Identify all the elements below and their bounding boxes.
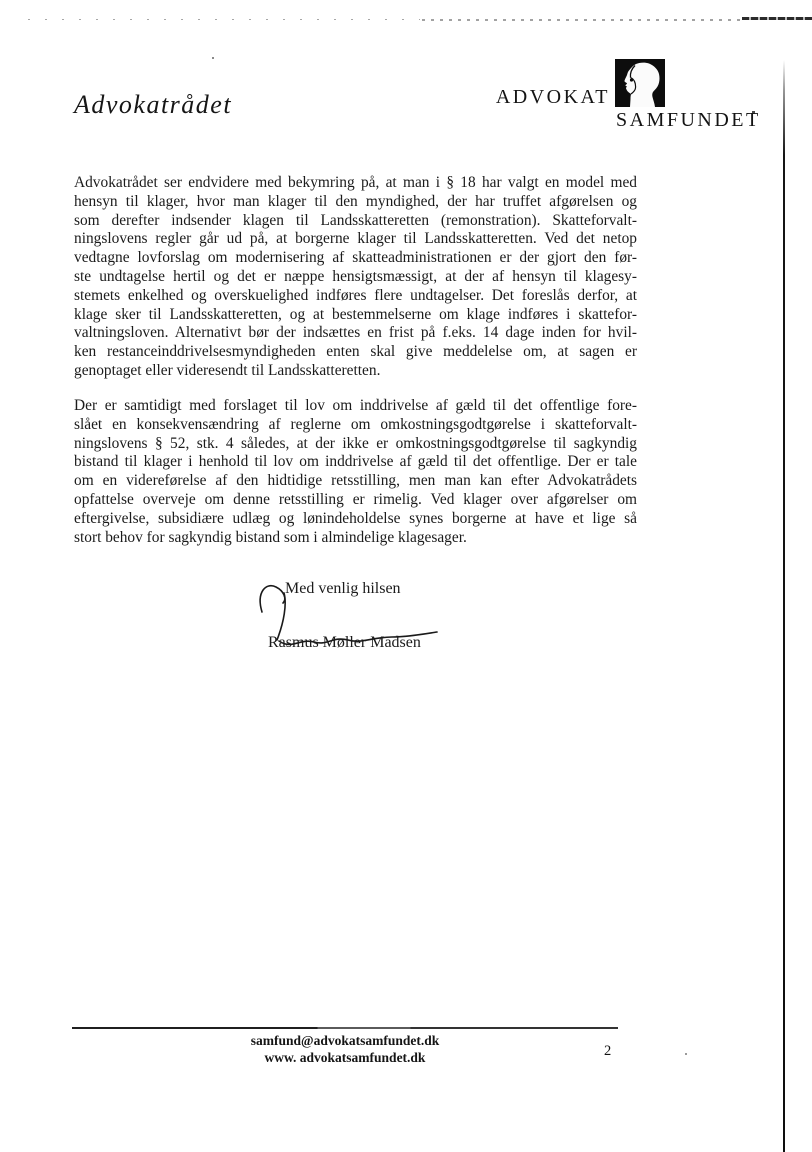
scan-artifact-dotted-line [422,19,740,21]
text-line: ningslovens regler går ud på, at borgern… [74,230,637,249]
scan-artifact-vertical-line [783,60,785,1152]
text-line: hensyn til klager, hvor man klager til d… [74,193,637,212]
signer-name: Rasmus Møller Madsen [268,634,421,652]
text-line: om en videreførelse af den hidtidige ret… [74,472,637,491]
footer-website: www. advokatsamfundet.dk [72,1050,618,1066]
text-line: valtningsloven. Alternativt bør der inds… [74,324,637,343]
text-line: genoptaget eller videresendt til Landssk… [74,362,637,381]
text-line: ken restanceinddrivelsesmyndigheden ente… [74,343,637,362]
text-line: klage sker til Landsskatteretten, og at … [74,306,637,325]
scan-artifact-speck [685,1053,687,1055]
letter-paragraph-1: Advokatrådet ser endvidere med bekymring… [74,174,637,381]
text-line: ningslovens § 52, stk. 4 således, at der… [74,435,637,454]
text-line: ste undtagelse hertil og det er næppe he… [74,268,637,287]
letter-paragraph-2: Der er samtidigt med forslaget til lov o… [74,397,637,547]
text-line: bistand til klager i henhold til lov om … [74,453,637,472]
logo-wordmark-samfundet: SAMFUNDET [616,109,761,132]
text-line: stort behov for sagkyndig bistand som i … [74,529,637,548]
text-line: som derefter indsender klagen til Landss… [74,212,637,231]
minerva-profile-head-icon [615,59,665,107]
text-line: eftergivelse, subsidiære udlæg og lønind… [74,510,637,529]
scanned-letter-page: Advokatrådet ADVOKAT SAMFUNDET Advokatrå… [0,0,812,1152]
logo-wordmark-advokat: ADVOKAT [0,86,610,109]
text-line: stemets enkelhed og overskuelighed indfø… [74,287,637,306]
text-line: opfattelse overveje om denne retsstillin… [74,491,637,510]
scan-artifact-speck [212,57,214,59]
text-line: Der er samtidigt med forslaget til lov o… [74,397,637,416]
scan-artifact-dotted-line [28,19,420,20]
page-number: 2 [604,1043,611,1060]
footer-divider [72,1027,618,1029]
text-line: Advokatrådet ser endvidere med bekymring… [74,174,637,193]
footer-email: samfund@advokatsamfundet.dk [72,1033,618,1049]
text-line: slået en konsekvensændring af reglerne o… [74,416,637,435]
scan-artifact-dotted-line [742,17,812,20]
text-line: vedtagne lovforslag om modernisering af … [74,249,637,268]
